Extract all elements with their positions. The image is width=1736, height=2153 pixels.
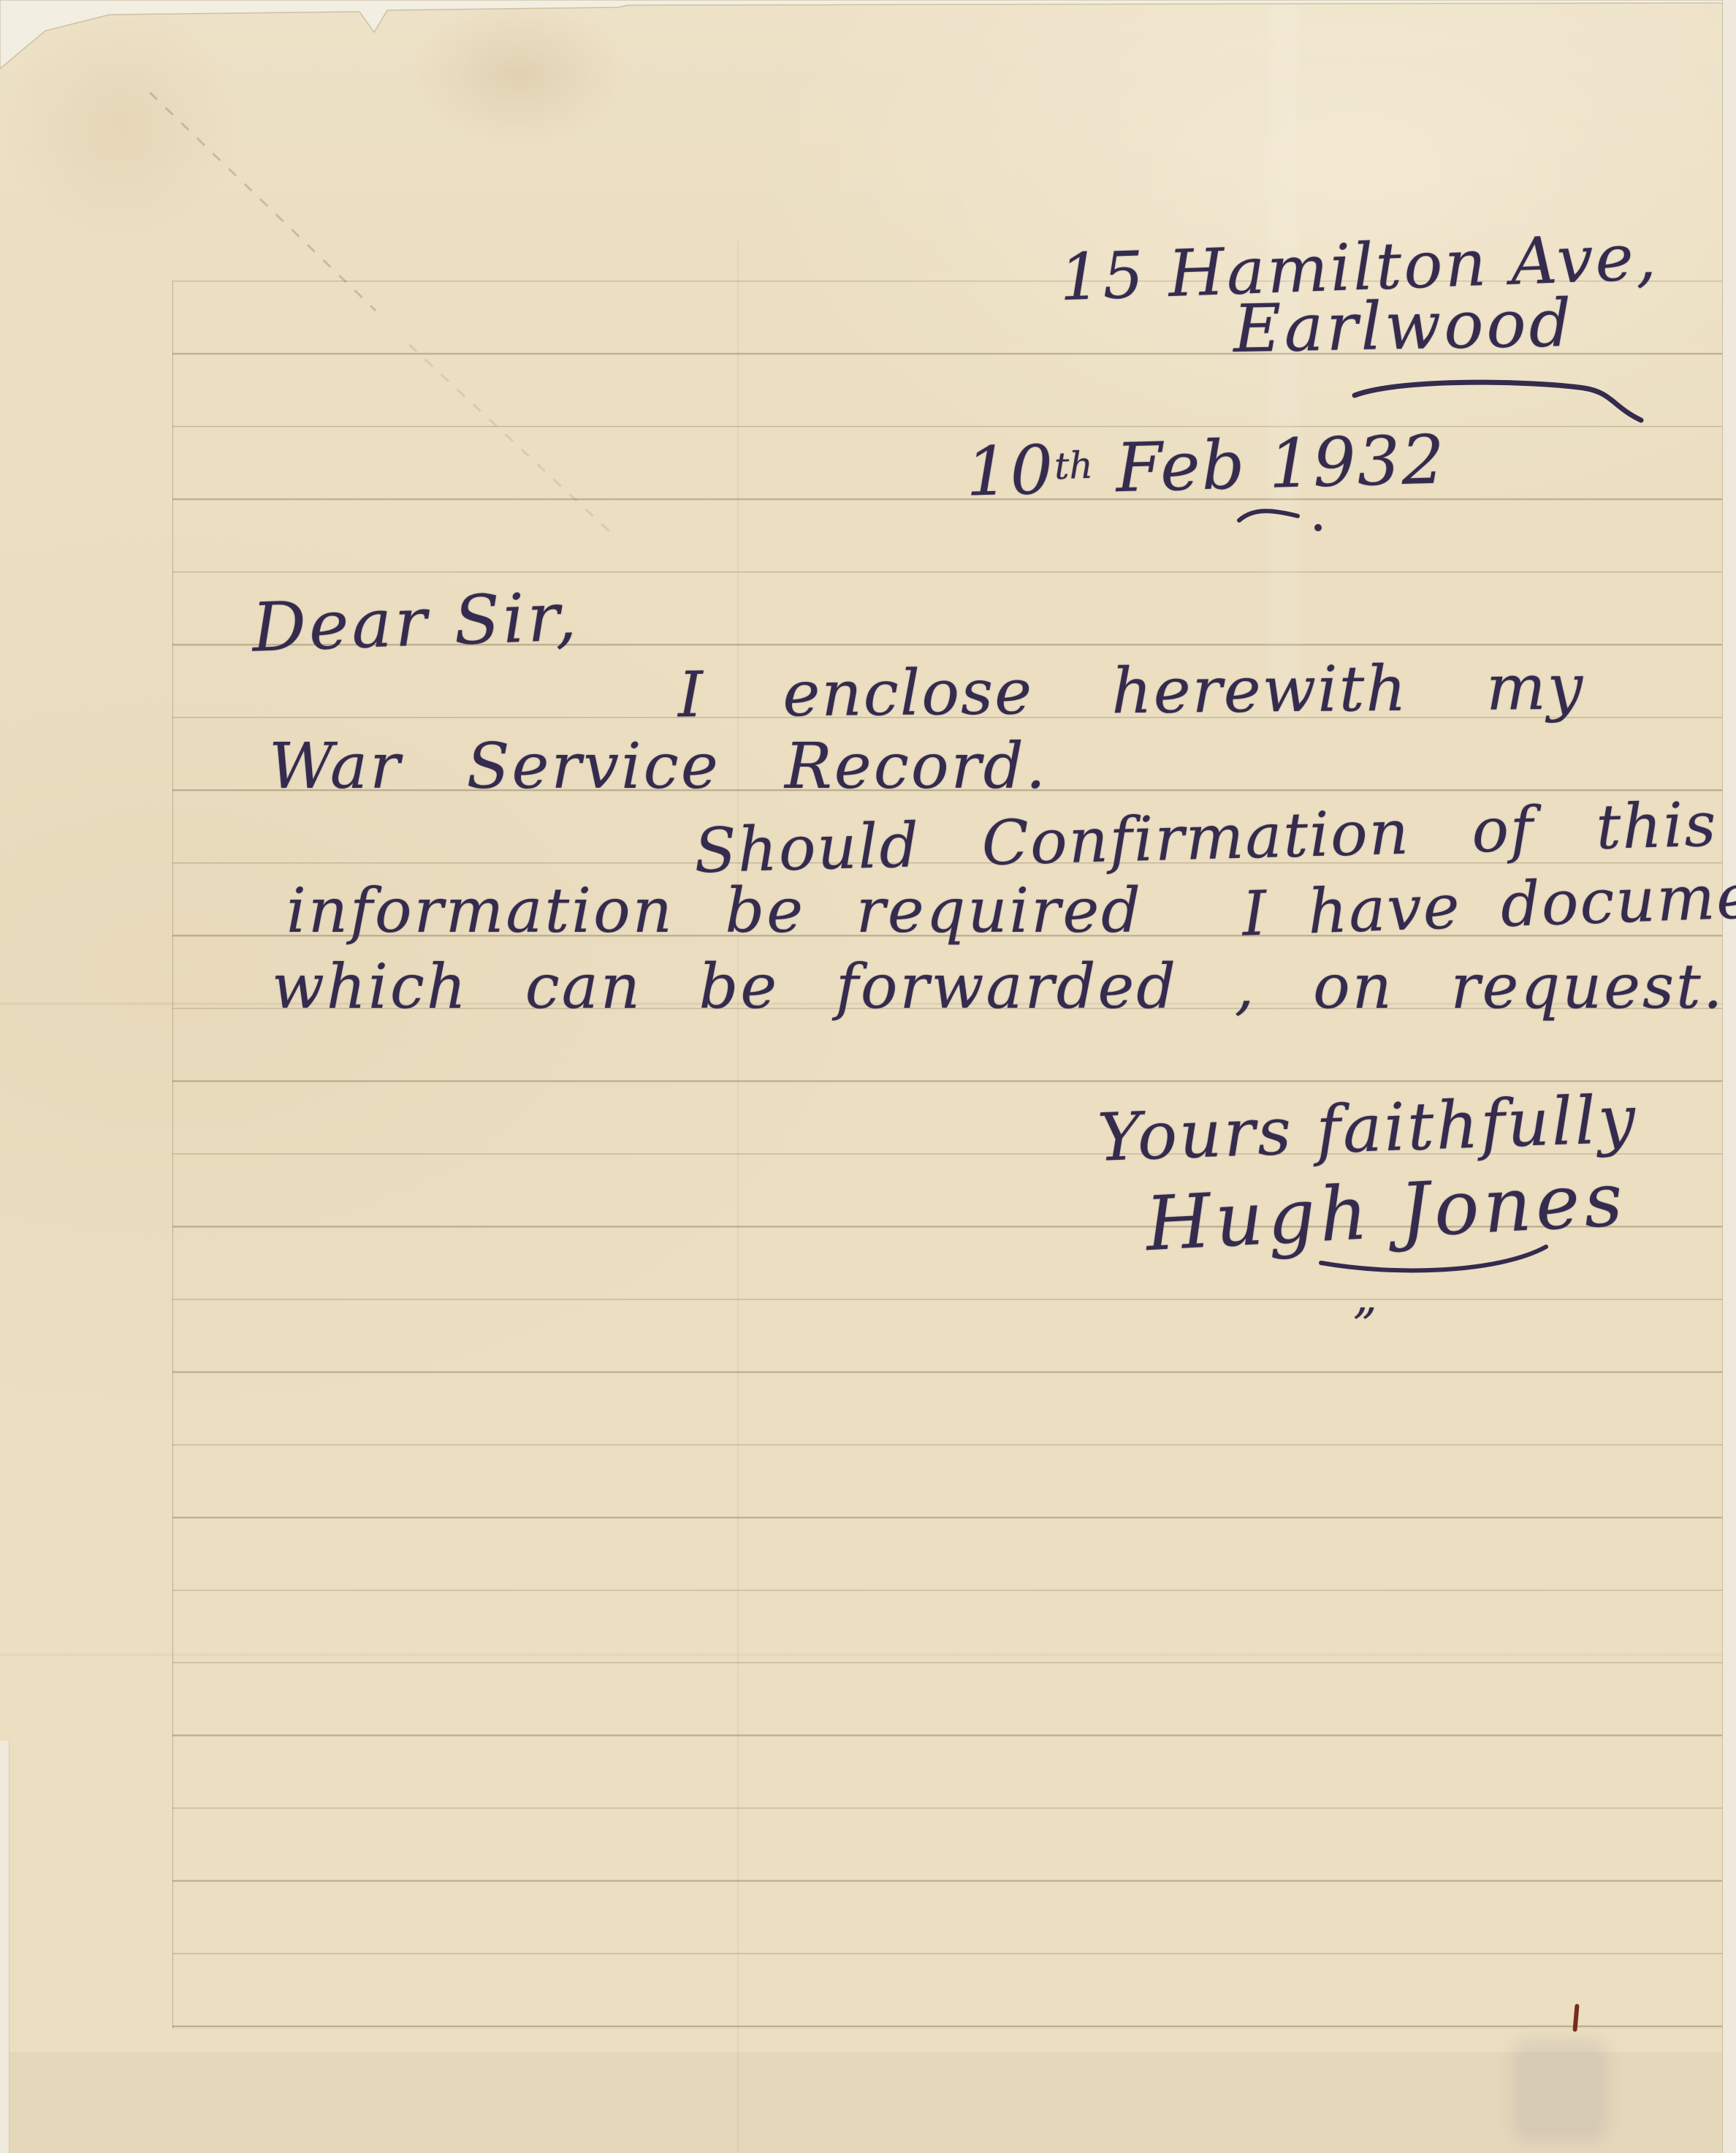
underline-flourish xyxy=(1350,369,1650,426)
paper-left-edge xyxy=(0,1741,9,2153)
bottom-shading xyxy=(0,2052,1736,2153)
salutation: Dear Sir, xyxy=(251,583,581,662)
date-rest: Feb 1932 xyxy=(1092,420,1447,508)
paper-right-edge xyxy=(1722,0,1736,2153)
closing: Yours faithfully xyxy=(1097,1087,1639,1172)
address-line-2: Earlwood xyxy=(1233,291,1575,362)
date-suffix: th xyxy=(1054,444,1093,487)
horizontal-fold-crease xyxy=(0,1653,1736,1657)
body-line-2: War Service Record. xyxy=(269,735,1048,798)
paper-top-edge xyxy=(0,0,1736,88)
vertical-fold-crease xyxy=(736,241,739,2153)
body-line-5: which can be forwarded , on request. xyxy=(272,956,1725,1017)
date-line: 10th Feb 1932 xyxy=(965,426,1447,506)
signature-flourish xyxy=(1308,1241,1549,1277)
date-underline-squiggle xyxy=(1236,504,1331,536)
date-day: 10 xyxy=(965,430,1056,511)
blue-smudge xyxy=(1512,2039,1607,2141)
body-line-4a: information be required xyxy=(286,880,1143,941)
signature-ditto-mark: „ xyxy=(1353,1270,1377,1324)
body-line-1: I enclose herewith my xyxy=(678,656,1585,727)
scanned-letter-page: 15 Hamilton Ave, Earlwood 10th Feb 1932 … xyxy=(0,0,1736,2153)
